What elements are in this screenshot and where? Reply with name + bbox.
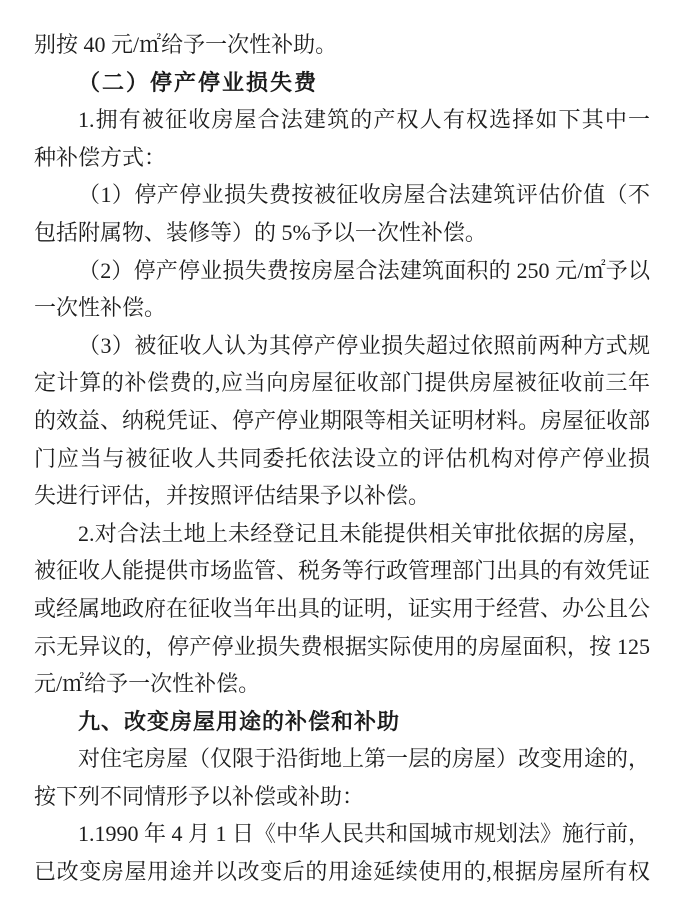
paragraph-line: 种补偿方式：: [34, 139, 650, 177]
paragraph-line: 一次性补偿。: [34, 289, 650, 327]
paragraph-line: 1.拥有被征收房屋合法建筑的产权人有权选择如下其中一: [34, 101, 650, 139]
paragraph-line: 已改变房屋用途并以改变后的用途延续使用的,根据房屋所有权: [34, 853, 650, 891]
paragraph-line: （1）停产停业损失费按被征收房屋合法建筑评估价值（不: [34, 176, 650, 214]
paragraph-line: 别按 40 元/㎡给予一次性补助。: [34, 26, 650, 64]
section-heading: 九、改变房屋用途的补偿和补助: [34, 703, 650, 741]
paragraph-line: 元/㎡给予一次性补偿。: [34, 665, 650, 703]
document-page: 别按 40 元/㎡给予一次性补助。 （二）停产停业损失费 1.拥有被征收房屋合法…: [0, 0, 683, 910]
paragraph-line: 示无异议的，停产停业损失费根据实际使用的房屋面积，按 125: [34, 628, 650, 666]
subsection-heading: （二）停产停业损失费: [34, 64, 650, 102]
paragraph-line: 被征收人能提供市场监管、税务等行政管理部门出具的有效凭证: [34, 552, 650, 590]
paragraph-line: 门应当与被征收人共同委托依法设立的评估机构对停产停业损: [34, 440, 650, 478]
paragraph-line: 包括附属物、装修等）的 5%予以一次性补偿。: [34, 214, 650, 252]
paragraph-line: 失进行评估，并按照评估结果予以补偿。: [34, 477, 650, 515]
paragraph-line: 的效益、纳税凭证、停产停业期限等相关证明材料。房屋征收部: [34, 402, 650, 440]
paragraph-line: 1.1990 年 4 月 1 日《中华人民共和国城市规划法》施行前，: [34, 815, 650, 853]
paragraph-line: 对住宅房屋（仅限于沿街地上第一层的房屋）改变用途的，: [34, 740, 650, 778]
paragraph-line: 2.对合法土地上未经登记且未能提供相关审批依据的房屋，: [34, 515, 650, 553]
paragraph-line: 按下列不同情形予以补偿或补助：: [34, 778, 650, 816]
paragraph-line: （2）停产停业损失费按房屋合法建筑面积的 250 元/㎡予以: [34, 252, 650, 290]
paragraph-line: 定计算的补偿费的,应当向房屋征收部门提供房屋被征收前三年: [34, 364, 650, 402]
paragraph-line: 或经属地政府在征收当年出具的证明，证实用于经营、办公且公: [34, 590, 650, 628]
paragraph-line: （3）被征收人认为其停产停业损失超过依照前两种方式规: [34, 327, 650, 365]
